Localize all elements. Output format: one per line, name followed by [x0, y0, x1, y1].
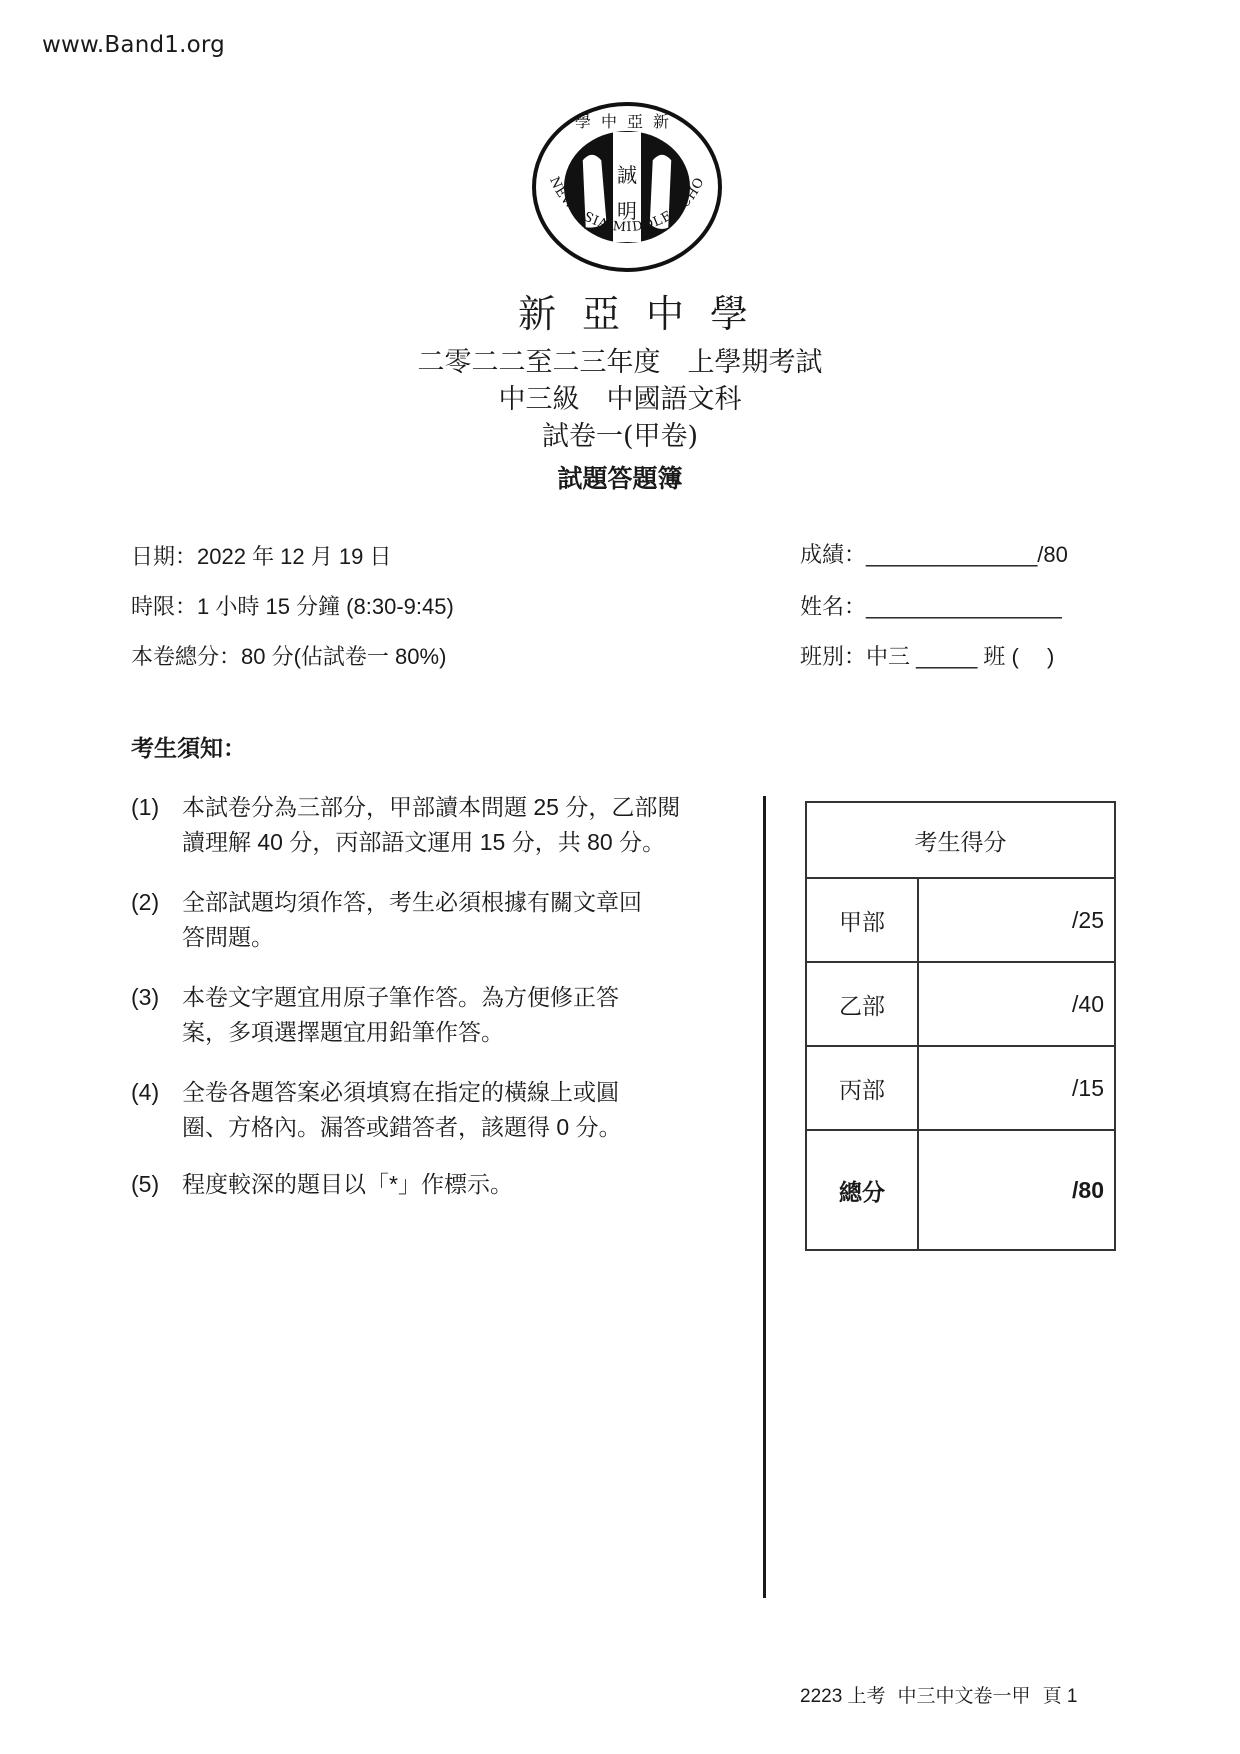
section-score-cell[interactable]: /25 — [918, 878, 1115, 962]
total-label: 總分 — [806, 1130, 918, 1250]
section-label: 丙部 — [806, 1046, 918, 1130]
svg-text:誠: 誠 — [617, 163, 637, 187]
exam-date-label: 日期： — [131, 544, 197, 569]
notice-number: (5) — [131, 1167, 159, 1202]
paper-title: 試卷一(甲卷) — [0, 414, 1240, 453]
class-blank[interactable]: 中三 _____ 班 ( ) — [866, 644, 1054, 669]
name-label: 姓名： — [800, 594, 866, 619]
notice-text-line: 本卷文字題宜用原子筆作答。為方便修正答 — [182, 980, 742, 1015]
notice-number: (3) — [131, 980, 159, 1015]
total-marks-label: 本卷總分： — [131, 644, 241, 669]
time-limit-label: 時限： — [131, 594, 197, 619]
notice-text-line: 圈、方格內。漏答或錯答者，該題得 0 分。 — [182, 1110, 742, 1145]
notice-text-line: 本試卷分為三部分，甲部讀本問題 25 分，乙部閱 — [182, 790, 742, 825]
vertical-divider — [763, 796, 766, 1598]
section-score-cell[interactable]: /15 — [918, 1046, 1115, 1130]
notice-title: 考生須知： — [131, 730, 246, 763]
name-blank[interactable]: ________________ — [866, 594, 1062, 619]
svg-text:學中亞新: 學中亞新 — [575, 112, 679, 131]
form-subject: 中三級 中國語文科 — [0, 377, 1240, 416]
exam-date: 日期：2022 年 12 月 19 日 — [131, 540, 391, 571]
school-logo: 誠 明 學中亞新 NEW ASIA MIDDLE SCHOOL — [527, 100, 727, 275]
notice-number: (1) — [131, 790, 159, 825]
section-label: 甲部 — [806, 878, 918, 962]
notice-number: (4) — [131, 1075, 159, 1110]
score-row-section-c: 丙部 /15 — [806, 1046, 1115, 1130]
score-table: 考生得分 甲部 /25 乙部 /40 丙部 /15 總分 /80 — [805, 801, 1116, 1251]
notice-text-line: 讀理解 40 分，丙部語文運用 15 分，共 80 分。 — [182, 825, 742, 860]
school-emblem-icon: 誠 明 學中亞新 NEW ASIA MIDDLE SCHOOL — [527, 100, 727, 275]
notice-text-line: 程度較深的題目以「*」作標示。 — [182, 1167, 742, 1202]
page-footer: 2223 上考中三中文卷一甲頁 1 — [800, 1681, 1077, 1708]
name-field[interactable]: 姓名：________________ — [800, 590, 1062, 621]
score-label: 成績： — [800, 542, 866, 567]
score-blank[interactable]: ______________/80 — [866, 542, 1068, 567]
score-row-section-a: 甲部 /25 — [806, 878, 1115, 962]
time-limit: 時限：1 小時 15 分鐘 (8:30-9:45) — [131, 590, 454, 621]
score-row-section-b: 乙部 /40 — [806, 962, 1115, 1046]
score-table-title: 考生得分 — [806, 802, 1115, 878]
watermark: www.Band1.org — [42, 32, 225, 58]
class-field[interactable]: 班別：中三 _____ 班 ( ) — [800, 640, 1054, 671]
svg-text:明: 明 — [617, 199, 637, 223]
notice-text-line: 答問題。 — [182, 920, 742, 955]
time-limit-value: 1 小時 15 分鐘 (8:30-9:45) — [197, 594, 454, 619]
total-score-cell[interactable]: /80 — [918, 1130, 1115, 1250]
footer-paper: 中三中文卷一甲 — [898, 1686, 1031, 1707]
section-score-cell[interactable]: /40 — [918, 962, 1115, 1046]
footer-page-number: 頁 1 — [1043, 1686, 1078, 1707]
exam-date-value: 2022 年 12 月 19 日 — [197, 544, 391, 569]
total-marks: 本卷總分：80 分(佔試卷一 80%) — [131, 640, 446, 671]
class-label: 班別： — [800, 644, 866, 669]
notice-number: (2) — [131, 885, 159, 920]
score-row-total: 總分 /80 — [806, 1130, 1115, 1250]
academic-year: 二零二二至二三年度 上學期考試 — [0, 340, 1240, 379]
footer-exam-code: 2223 上考 — [800, 1686, 886, 1707]
notice-text-line: 案，多項選擇題宜用鉛筆作答。 — [182, 1015, 742, 1050]
booklet-title: 試題答題簿 — [0, 459, 1240, 495]
school-name: 新亞中學 — [0, 283, 1240, 338]
notice-text-line: 全部試題均須作答，考生必須根據有關文章回 — [182, 885, 742, 920]
total-marks-value: 80 分(佔試卷一 80%) — [241, 644, 446, 669]
notice-text-line: 全卷各題答案必須填寫在指定的橫線上或圓 — [182, 1075, 742, 1110]
section-label: 乙部 — [806, 962, 918, 1046]
score-field[interactable]: 成績：______________/80 — [800, 538, 1068, 569]
